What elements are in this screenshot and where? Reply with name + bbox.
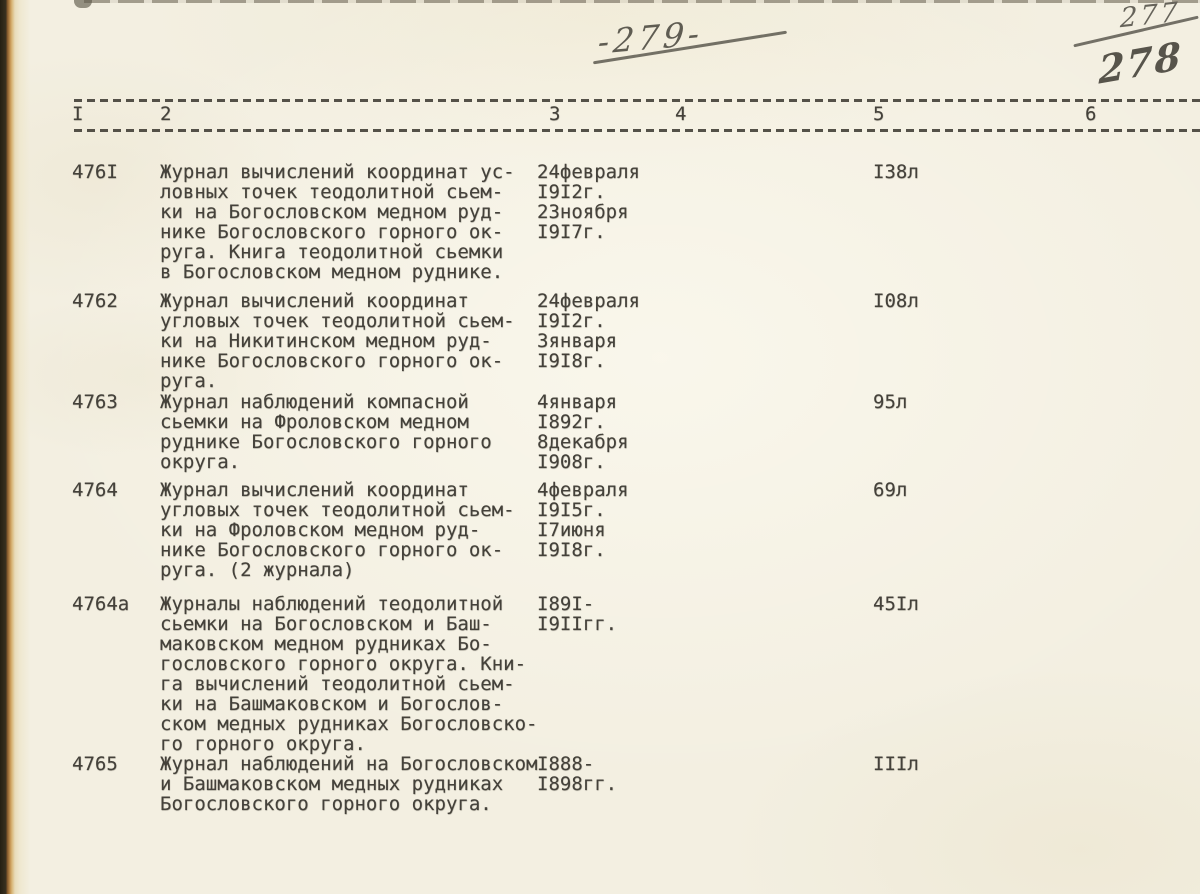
book-binding-edge [0, 0, 30, 894]
entry-dates: I89I- I9IIгг. [537, 594, 675, 634]
entry-row: 4762 Журнал вычислений координат угловых… [72, 291, 1200, 391]
entry-id: 4765 [72, 754, 160, 774]
entry-dates: 24февраля I9I2г. 23ноября I9I7г. [537, 162, 675, 242]
column-header-2: 2 [160, 104, 537, 124]
inventory-entries: 476I Журнал вычислений координат ус- лов… [72, 162, 1200, 814]
entry-description: Журнал наблюдений компасной сьемки на Фр… [160, 392, 537, 472]
entry-dates: I888- I898гг. [537, 754, 675, 794]
column-header-1: I [72, 104, 160, 124]
entry-id: 476I [72, 162, 160, 182]
entry-id: 4762 [72, 291, 160, 311]
table-header-row: I 2 3 4 5 6 [72, 104, 1200, 124]
entry-sheet-count: 95л [873, 392, 1085, 412]
entry-dates: 4февраля I9I5г. I7июня I9I8г. [537, 480, 675, 560]
entry-description: Журналы наблюдений теодолитной сьемки на… [160, 594, 537, 754]
entry-id: 4763 [72, 392, 160, 412]
entry-row: 4764а Журналы наблюдений теодолитной сье… [72, 594, 1200, 754]
entry-sheet-count: 69л [873, 480, 1085, 500]
table-dashed-rule-top [74, 99, 1200, 102]
column-header-6: 6 [1085, 104, 1200, 124]
page-number-current: 278 [1099, 32, 1183, 93]
entry-id: 4764а [72, 594, 160, 614]
scanned-archive-page: { "colors": { "paper": "#f3efe1", "typew… [0, 0, 1200, 894]
column-header-3: 3 [537, 104, 675, 124]
scan-top-edge [84, 0, 1200, 3]
entry-sheet-count: I38л [873, 162, 1085, 182]
column-header-5: 5 [873, 104, 1085, 124]
entry-sheet-count: I08л [873, 291, 1085, 311]
entry-row: 4765 Журнал наблюдений на Богословском и… [72, 754, 1200, 814]
entry-row: 476I Журнал вычислений координат ус- лов… [72, 162, 1200, 282]
entry-description: Журнал вычислений координат ус- ловных т… [160, 162, 537, 282]
entry-dates: 4января I892г. 8декабря I908г. [537, 392, 675, 472]
entry-row: 4764 Журнал вычислений координат угловых… [72, 480, 1200, 580]
entry-description: Журнал наблюдений на Богословском и Башм… [160, 754, 537, 814]
column-header-4: 4 [675, 104, 873, 124]
entry-description: Журнал вычислений координат угловых точе… [160, 291, 537, 391]
table-dashed-rule-bottom [74, 129, 1200, 132]
entry-sheet-count: IIIл [873, 754, 1085, 774]
entry-row: 4763 Журнал наблюдений компасной сьемки … [72, 392, 1200, 472]
entry-sheet-count: 45Iл [873, 594, 1085, 614]
entry-id: 4764 [72, 480, 160, 500]
entry-dates: 24февраля I9I2г. 3января I9I8г. [537, 291, 675, 371]
scan-top-mark [74, 0, 92, 8]
entry-description: Журнал вычислений координат угловых точе… [160, 480, 537, 580]
